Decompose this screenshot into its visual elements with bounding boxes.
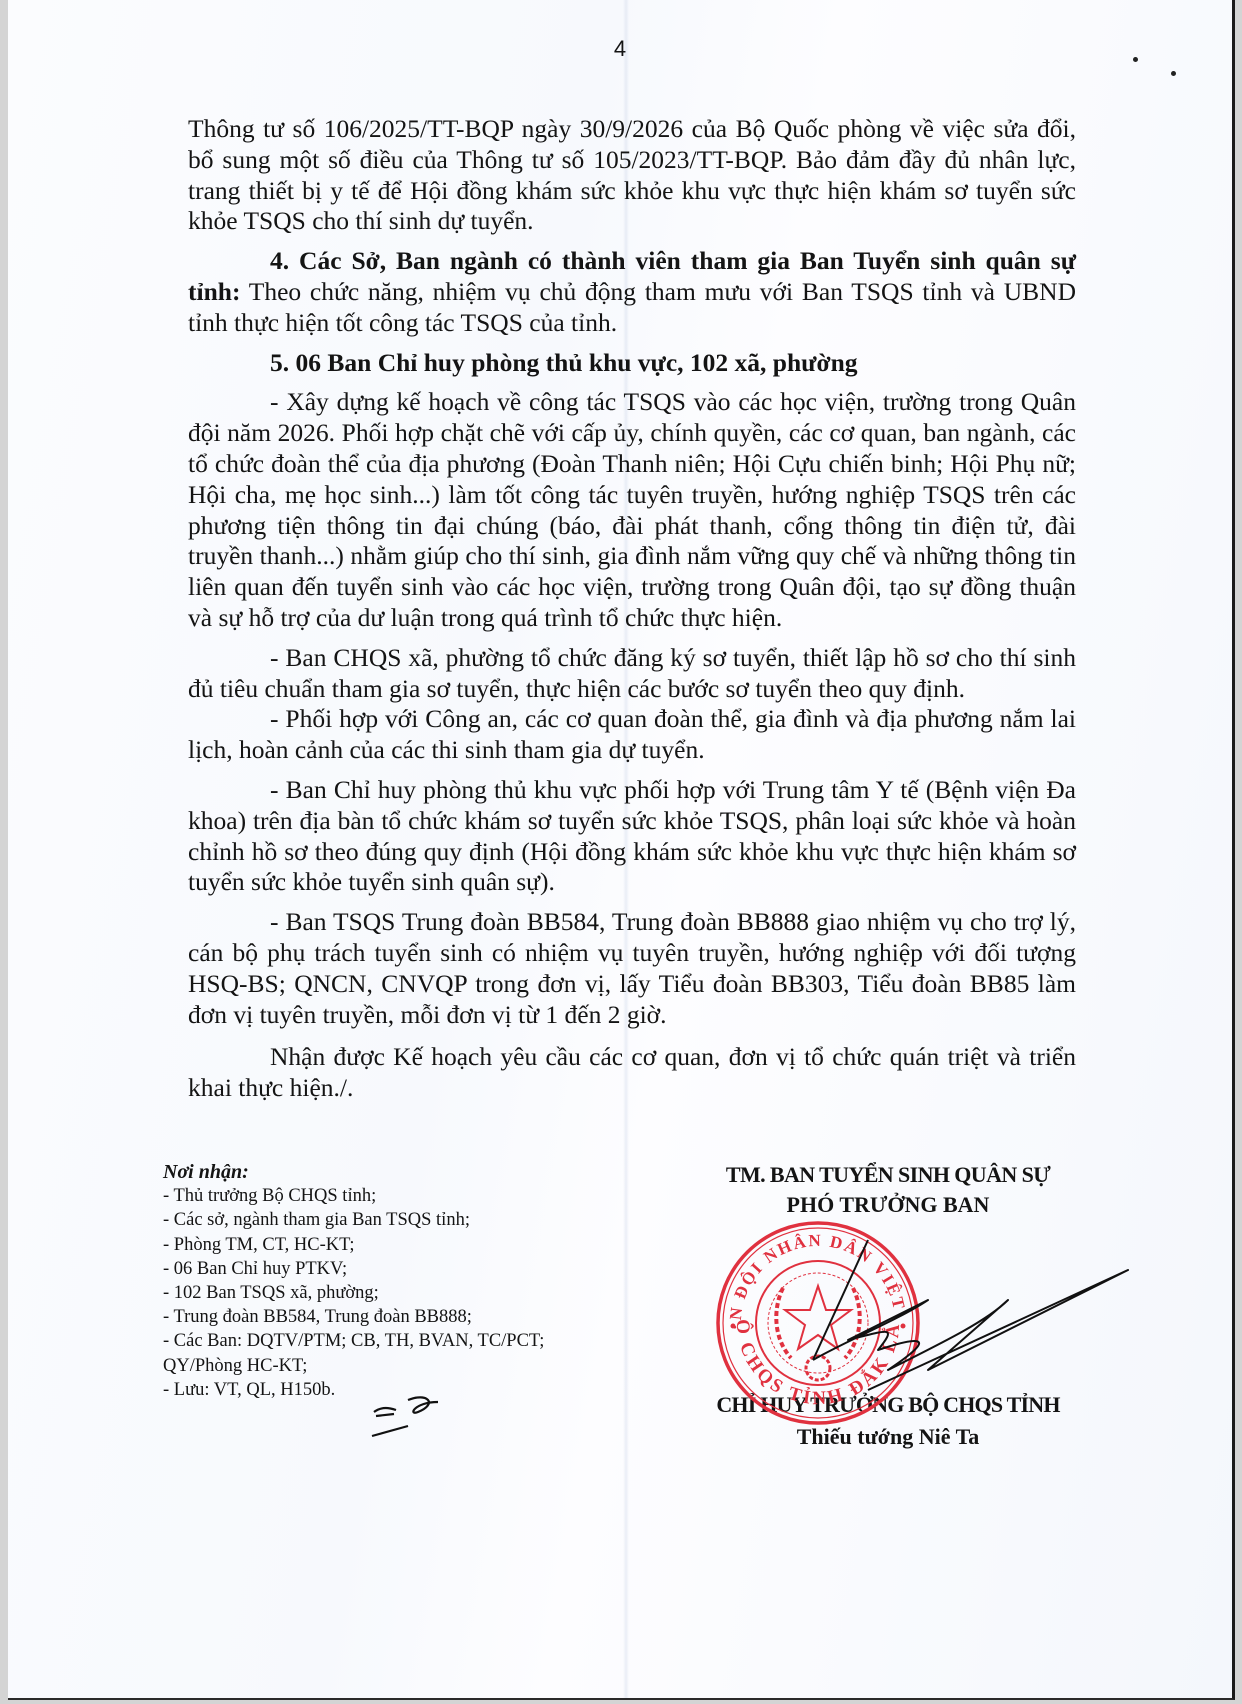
recipient-item: QY/Phòng HC-KT;	[163, 1354, 583, 1378]
signature-block: TM. BAN TUYỂN SINH QUÂN SỰ PHÓ TRƯỞNG BA…	[648, 1160, 1128, 1220]
document-page: 4 Thông tư số 106/2025/TT-BQP ngày 30/9/…	[8, 0, 1235, 1700]
recipient-item: - Các sở, ngành tham gia Ban TSQS tỉnh;	[163, 1208, 583, 1232]
speck-mark	[1171, 71, 1176, 76]
position-line: PHÓ TRƯỞNG BAN	[648, 1190, 1128, 1220]
recipient-item: - Các Ban: DQTV/PTM; CB, TH, BVAN, TC/PC…	[163, 1329, 583, 1353]
recipient-item: - Trung đoàn BB584, Trung đoàn BB888;	[163, 1305, 583, 1329]
section-5-item: - Phối hợp với Công an, các cơ quan đoàn…	[188, 704, 1076, 766]
section-4-text: Theo chức năng, nhiệm vụ chủ động tham m…	[188, 277, 1076, 337]
handwritten-signature	[808, 1230, 1138, 1410]
page-number: 4	[8, 36, 1232, 62]
recipient-item: - 102 Ban TSQS xã, phường;	[163, 1281, 583, 1305]
section-5-item: - Ban Chỉ huy phòng thủ khu vực phối hợp…	[188, 775, 1076, 898]
recipient-item: - Thủ trưởng Bộ CHQS tỉnh;	[163, 1184, 583, 1208]
on-behalf-line: TM. BAN TUYỂN SINH QUÂN SỰ	[648, 1160, 1128, 1190]
section-5-item: - Ban CHQS xã, phường tổ chức đăng ký sơ…	[188, 643, 1076, 705]
section-5-item: - Xây dựng kế hoạch về công tác TSQS vào…	[188, 387, 1076, 633]
document-body: Thông tư số 106/2025/TT-BQP ngày 30/9/20…	[188, 114, 1076, 1104]
closing-paragraph: Nhận được Kế hoạch yêu cầu các cơ quan, …	[188, 1042, 1076, 1104]
section-4: 4. Các Sở, Ban ngành có thành viên tham …	[188, 246, 1076, 338]
paragraph-intro: Thông tư số 106/2025/TT-BQP ngày 30/9/20…	[188, 114, 1076, 237]
section-5-item: - Ban TSQS Trung đoàn BB584, Trung đoàn …	[188, 907, 1076, 1030]
initials-mark	[368, 1390, 448, 1440]
section-5-heading-text: 5. 06 Ban Chỉ huy phòng thủ khu vực, 102…	[270, 348, 858, 377]
recipient-item: - Phòng TM, CT, HC-KT;	[163, 1233, 583, 1257]
recipients-list: Nơi nhận: - Thủ trưởng Bộ CHQS tỉnh; - C…	[163, 1160, 583, 1402]
recipients-title: Nơi nhận:	[163, 1160, 583, 1184]
section-5-heading: 5. 06 Ban Chỉ huy phòng thủ khu vực, 102…	[188, 348, 1076, 379]
recipient-item: - 06 Ban Chỉ huy PTKV;	[163, 1257, 583, 1281]
